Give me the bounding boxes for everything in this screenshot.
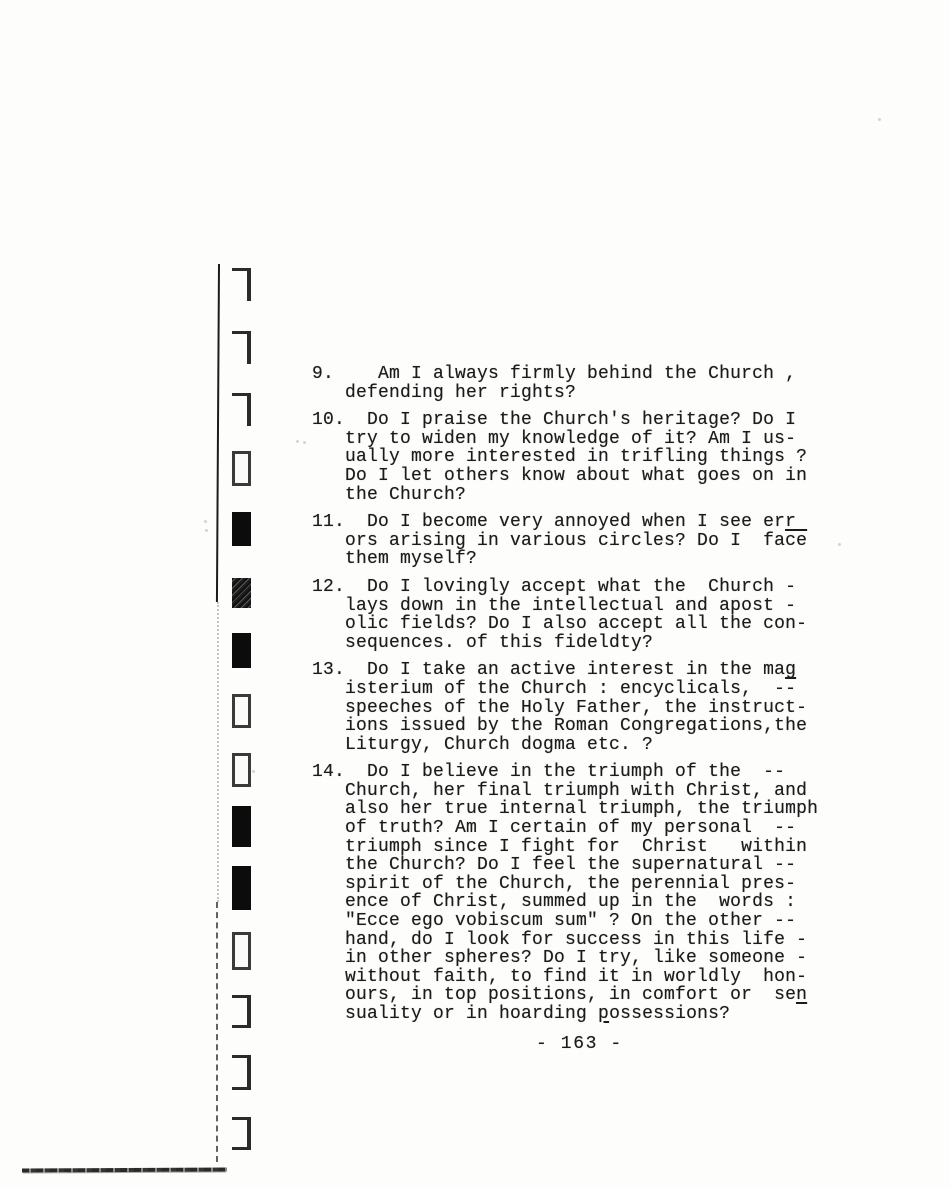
margin-rule-solid: [216, 264, 220, 602]
text-line: Liturgy, Church dogma etc. ?: [312, 736, 818, 755]
binding-mark: [232, 932, 251, 970]
binding-mark: [232, 806, 251, 847]
question-item-10: 10. Do I praise the Church's heritage? D…: [312, 411, 818, 504]
scan-speckle: [296, 440, 299, 443]
margin-rule-faint: [217, 602, 219, 902]
binding-mark: [232, 451, 251, 486]
text-line: the Church? Do I feel the supernatural -…: [312, 856, 818, 875]
scan-speckle: [205, 529, 208, 532]
text-line: in other spheres? Do I try, like someone…: [312, 949, 818, 968]
text-line: ence of Christ, summed up in the words :: [312, 893, 818, 912]
binding-mark: [232, 1117, 251, 1150]
text-line: Do I let others know about what goes on …: [312, 467, 818, 486]
binding-mark: [232, 1055, 251, 1090]
text-line: ours, in top positions, in comfort or se…: [312, 986, 818, 1005]
binding-mark: [232, 633, 251, 668]
text-line: 12. Do I lovingly accept what the Church…: [312, 578, 818, 597]
text-line: defending her rights?: [312, 384, 818, 403]
binding-mark: [232, 578, 251, 608]
question-item-9: 9. Am I always firmly behind the Church …: [312, 365, 818, 402]
binding-mark: [232, 331, 251, 364]
text-line: Church, her final triumph with Christ, a…: [312, 782, 818, 801]
binding-mark: [232, 393, 251, 426]
text-line: hand, do I look for success in this life…: [312, 931, 818, 950]
question-item-12: 12. Do I lovingly accept what the Church…: [312, 578, 818, 652]
text-line: of truth? Am I certain of my personal --: [312, 819, 818, 838]
text-line: triumph since I fight for Christ within: [312, 838, 818, 857]
binding-mark: [232, 753, 251, 787]
text-line: ors arising in various circles? Do I fac…: [312, 532, 818, 551]
text-line: also her true internal triumph, the triu…: [312, 800, 818, 819]
scan-speckle: [252, 770, 255, 773]
text-line: olic fields? Do I also accept all the co…: [312, 615, 818, 634]
text-line: 10. Do I praise the Church's heritage? D…: [312, 411, 818, 430]
margin-rule-dashed: [216, 902, 218, 1162]
question-item-13: 13. Do I take an active interest in the …: [312, 661, 818, 754]
scan-speckle: [204, 520, 207, 523]
text-line: "Ecce ego vobiscum sum" ? On the other -…: [312, 912, 818, 931]
text-line: isterium of the Church : encyclicals, --: [312, 680, 818, 699]
binding-mark: [232, 995, 251, 1028]
bottom-scratch-line: [22, 1168, 227, 1173]
scan-speckle: [838, 543, 841, 546]
question-item-11: 11. Do I become very annoyed when I see …: [312, 513, 818, 569]
scan-speckle: [303, 441, 306, 444]
question-item-14: 14. Do I believe in the triumph of the -…: [312, 763, 818, 1023]
text-line: lays down in the intellectual and apost …: [312, 597, 818, 616]
text-line: without faith, to find it in worldly hon…: [312, 968, 818, 987]
scan-speckle: [878, 118, 881, 121]
binding-mark: [232, 512, 251, 546]
text-line: ually more interested in trifling things…: [312, 448, 818, 467]
text-line: suality or in hoarding possessions?: [312, 1005, 818, 1024]
text-line: spirit of the Church, the perennial pres…: [312, 875, 818, 894]
text-line: 11. Do I become very annoyed when I see …: [312, 513, 818, 532]
text-line: try to widen my knowledge of it? Am I us…: [312, 430, 818, 449]
question-list: 9. Am I always firmly behind the Church …: [312, 365, 818, 1033]
text-line: sequences. of this fideldty?: [312, 634, 818, 653]
binding-mark: [232, 268, 251, 301]
scanned-page: 9. Am I always firmly behind the Church …: [0, 0, 950, 1187]
binding-mark: [232, 694, 251, 728]
text-line: speeches of the Holy Father, the instruc…: [312, 699, 818, 718]
text-line: 14. Do I believe in the triumph of the -…: [312, 763, 818, 782]
text-line: 9. Am I always firmly behind the Church …: [312, 365, 818, 384]
text-line: the Church?: [312, 486, 818, 505]
binding-mark: [232, 866, 251, 910]
text-line: ions issued by the Roman Congregations,t…: [312, 717, 818, 736]
page-number: - 163 -: [536, 1034, 623, 1054]
text-line: 13. Do I take an active interest in the …: [312, 661, 818, 680]
text-line: them myself?: [312, 550, 818, 569]
